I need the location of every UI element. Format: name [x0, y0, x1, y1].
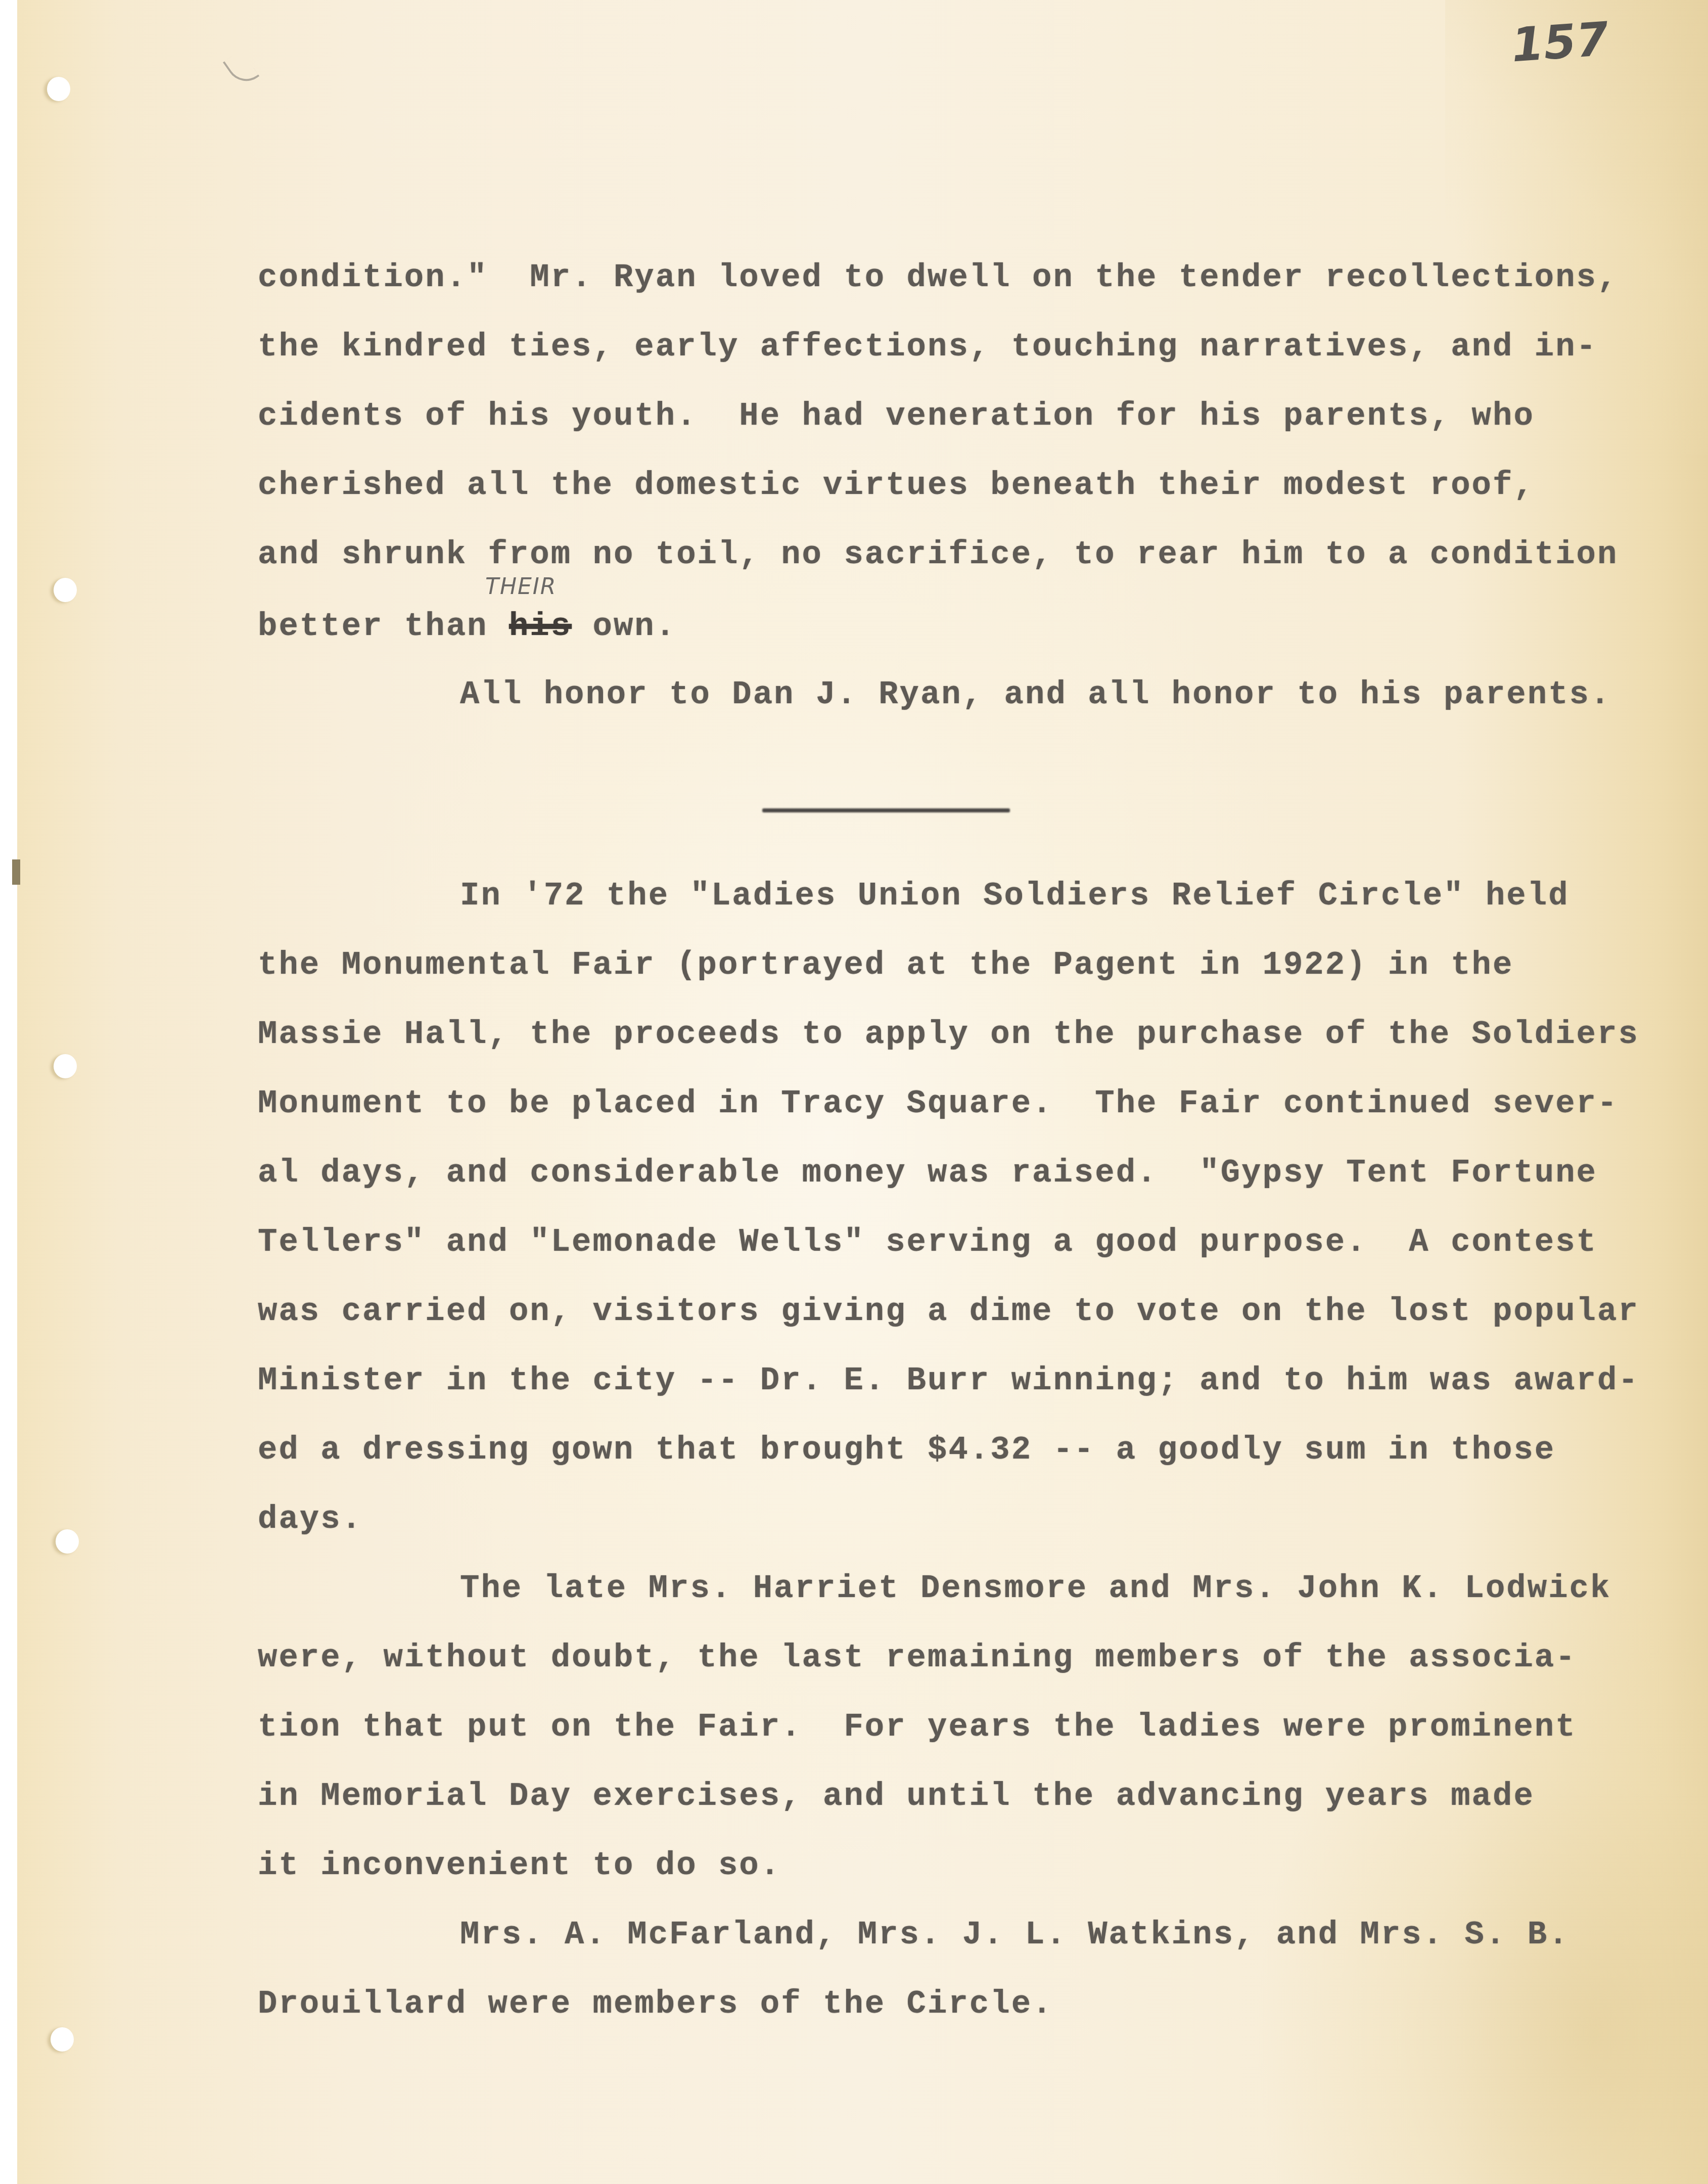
text-line: The late Mrs. Harriet Densmore and Mrs. … — [460, 1569, 1611, 1609]
text-line: better than his own. — [258, 607, 676, 647]
text-fragment: better than — [258, 609, 509, 645]
text-line: cidents of his youth. He had veneration … — [258, 396, 1535, 437]
text-line: cherished all the domestic virtues benea… — [258, 466, 1535, 506]
punch-hole-4 — [56, 1529, 79, 1554]
text-line: were, without doubt, the last remaining … — [258, 1638, 1577, 1678]
text-line: Massie Hall, the proceeds to apply on th… — [258, 1015, 1639, 1055]
punch-hole-2 — [54, 578, 77, 602]
paper-aging-top-right — [1445, 0, 1708, 455]
binding-tab-stub — [12, 859, 20, 885]
text-line: Monument to be placed in Tracy Square. T… — [258, 1084, 1618, 1124]
text-line: Drouillard were members of the Circle. — [258, 1984, 1053, 2025]
text-line: in Memorial Day exercises, and until the… — [258, 1777, 1535, 1817]
text-line: the Monumental Fair (portrayed at the Pa… — [258, 945, 1513, 986]
text-line: was carried on, visitors giving a dime t… — [258, 1292, 1639, 1332]
text-line: tion that put on the Fair. For years the… — [258, 1707, 1577, 1748]
section-divider-rule — [762, 808, 1010, 812]
punch-hole-1 — [47, 77, 70, 101]
struck-word: his — [509, 609, 572, 645]
text-line: All honor to Dan J. Ryan, and all honor … — [460, 675, 1611, 715]
text-fragment: own. — [572, 609, 676, 645]
text-line: the kindred ties, early affections, touc… — [258, 327, 1597, 368]
text-line: ed a dressing gown that brought $4.32 --… — [258, 1430, 1555, 1471]
text-line: al days, and considerable money was rais… — [258, 1153, 1597, 1194]
text-line: it inconvenient to do so. — [258, 1846, 781, 1886]
text-line: and shrunk from no toil, no sacrifice, t… — [258, 535, 1618, 575]
punch-hole-5 — [51, 2027, 74, 2052]
punch-hole-3 — [54, 1054, 77, 1078]
text-line: Minister in the city -- Dr. E. Burr winn… — [258, 1361, 1639, 1401]
text-line: In '72 the "Ladies Union Soldiers Relief… — [460, 876, 1569, 917]
page-number: 157 — [1510, 12, 1610, 72]
text-line: Tellers" and "Lemonade Wells" serving a … — [258, 1222, 1597, 1263]
text-line: condition." Mr. Ryan loved to dwell on t… — [258, 258, 1618, 298]
text-line: days. — [258, 1499, 362, 1540]
handwritten-insertion: THEIR — [485, 574, 557, 600]
text-line: Mrs. A. McFarland, Mrs. J. L. Watkins, a… — [460, 1915, 1569, 1955]
